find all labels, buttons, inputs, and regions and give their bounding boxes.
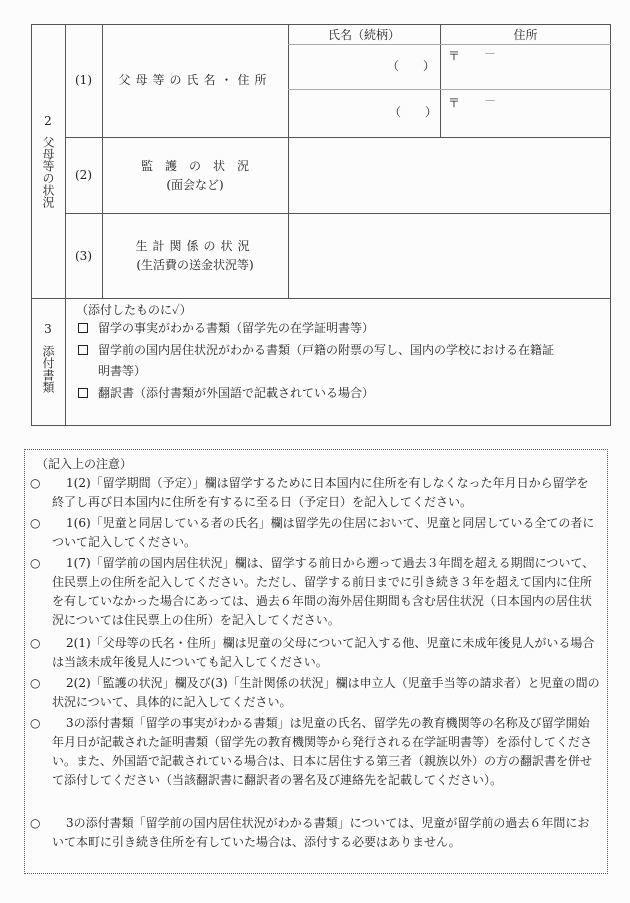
note-item: ○ 1(2)「留学期間（予定）」欄は留学するために日本国内に住所を有しなくなった… (30, 474, 600, 512)
note-item: ○ 2(1)「父母等の氏名・住所」欄は児童の父母について記入する他、児童に未成年… (30, 634, 600, 672)
circle-bullet-icon: ○ (30, 674, 40, 693)
attachment-item-translation: 翻訳書（添付書類が外国語で記載されている場合） (78, 385, 374, 402)
livelihood-status-field[interactable] (289, 214, 610, 297)
attachment-label-continued: 明書等） (98, 363, 146, 380)
section2-number: 2 (31, 113, 65, 129)
row1-number: (1) (65, 72, 102, 88)
note-text: 1(2)「留学期間（予定）」欄は留学するために日本国内に住所を有しなくなった年月… (52, 474, 600, 512)
attachment-item-residence-proof: 留学前の国内居住状況がわかる書類（戸籍の附票の写し、国内の学校における在籍証 (78, 342, 554, 359)
parent1-name-field[interactable] (289, 45, 439, 88)
parent1-address-field[interactable] (441, 45, 610, 88)
divider-section3 (31, 298, 611, 299)
checkbox-study-proof[interactable] (78, 323, 88, 333)
note-text: 1(7)「留学前の国内居住状況」欄は、留学する前日から遡って過去３年間を超える期… (52, 554, 600, 630)
checkbox-translation[interactable] (78, 388, 88, 398)
row2-label: 監 護 の 状 況 (102, 158, 288, 174)
attachment-label: 留学の事実がわかる書類（留学先の在学証明書等） (98, 321, 374, 335)
note-item: ○ 3の添付書類「留学前の国内居住状況がわかる書類」については、児童が留学前の過… (30, 814, 600, 852)
column-header-address: 住所 (440, 27, 611, 43)
circle-bullet-icon: ○ (30, 554, 40, 573)
notes-title: （記入上の注意） (36, 456, 132, 473)
custody-status-field[interactable] (289, 138, 610, 212)
row2-sublabel: (面会など) (102, 177, 288, 193)
circle-bullet-icon: ○ (30, 634, 40, 653)
note-text: 3の添付書類「留学の事実がわかる書類」は児童の氏名、留学先の教育機関等の名称及び… (52, 714, 600, 790)
note-text: 2(2)「監護の状況」欄及び(3)「生計関係の状況」欄は申立人（児童手当等の請求… (52, 674, 600, 712)
parent2-name-field[interactable] (289, 90, 439, 136)
attachment-instruction: （添付したものに✓） (76, 302, 192, 319)
circle-bullet-icon: ○ (30, 514, 40, 533)
row2-number: (2) (65, 167, 102, 183)
note-text: 2(1)「父母等の氏名・住所」欄は児童の父母について記入する他、児童に未成年後見… (52, 634, 600, 672)
circle-bullet-icon: ○ (30, 714, 40, 733)
note-text: 3の添付書類「留学前の国内居住状況がわかる書類」については、児童が留学前の過去６… (52, 814, 600, 852)
parent2-address-field[interactable] (441, 90, 610, 136)
section2-title: 父母等の状況 (41, 136, 55, 208)
note-text: 1(6)「児童と同居している者の氏名」欄は留学先の住居において、児童と同居してい… (52, 514, 600, 552)
attachment-label: 留学前の国内居住状況がわかる書類（戸籍の附票の写し、国内の学校における在籍証 (98, 343, 554, 357)
section3-title: 添付書類 (41, 345, 55, 393)
attachment-label: 翻訳書（添付書類が外国語で記載されている場合） (98, 386, 374, 400)
note-item: ○ 1(6)「児童と同居している者の氏名」欄は留学先の住居において、児童と同居し… (30, 514, 600, 552)
column-header-name: 氏名（続柄） (288, 27, 440, 43)
row3-number: (3) (65, 248, 102, 264)
circle-bullet-icon: ○ (30, 474, 40, 493)
note-item: ○ 2(2)「監護の状況」欄及び(3)「生計関係の状況」欄は申立人（児童手当等の… (30, 674, 600, 712)
row3-label: 生計関係の状況 (102, 238, 288, 254)
note-item: ○ 1(7)「留学前の国内居住状況」欄は、留学する前日から遡って過去３年間を超え… (30, 554, 600, 630)
section3-number: 3 (31, 321, 65, 337)
attachment-item-study-proof: 留学の事実がわかる書類（留学先の在学証明書等） (78, 320, 374, 337)
row1-label: 父母等の氏名・住所 (102, 72, 288, 88)
row3-sublabel: (生活費の送金状況等) (102, 257, 288, 273)
checkbox-residence-proof[interactable] (78, 345, 88, 355)
circle-bullet-icon: ○ (30, 814, 40, 833)
note-item: ○ 3の添付書類「留学の事実がわかる書類」は児童の氏名、留学先の教育機関等の名称… (30, 714, 600, 790)
